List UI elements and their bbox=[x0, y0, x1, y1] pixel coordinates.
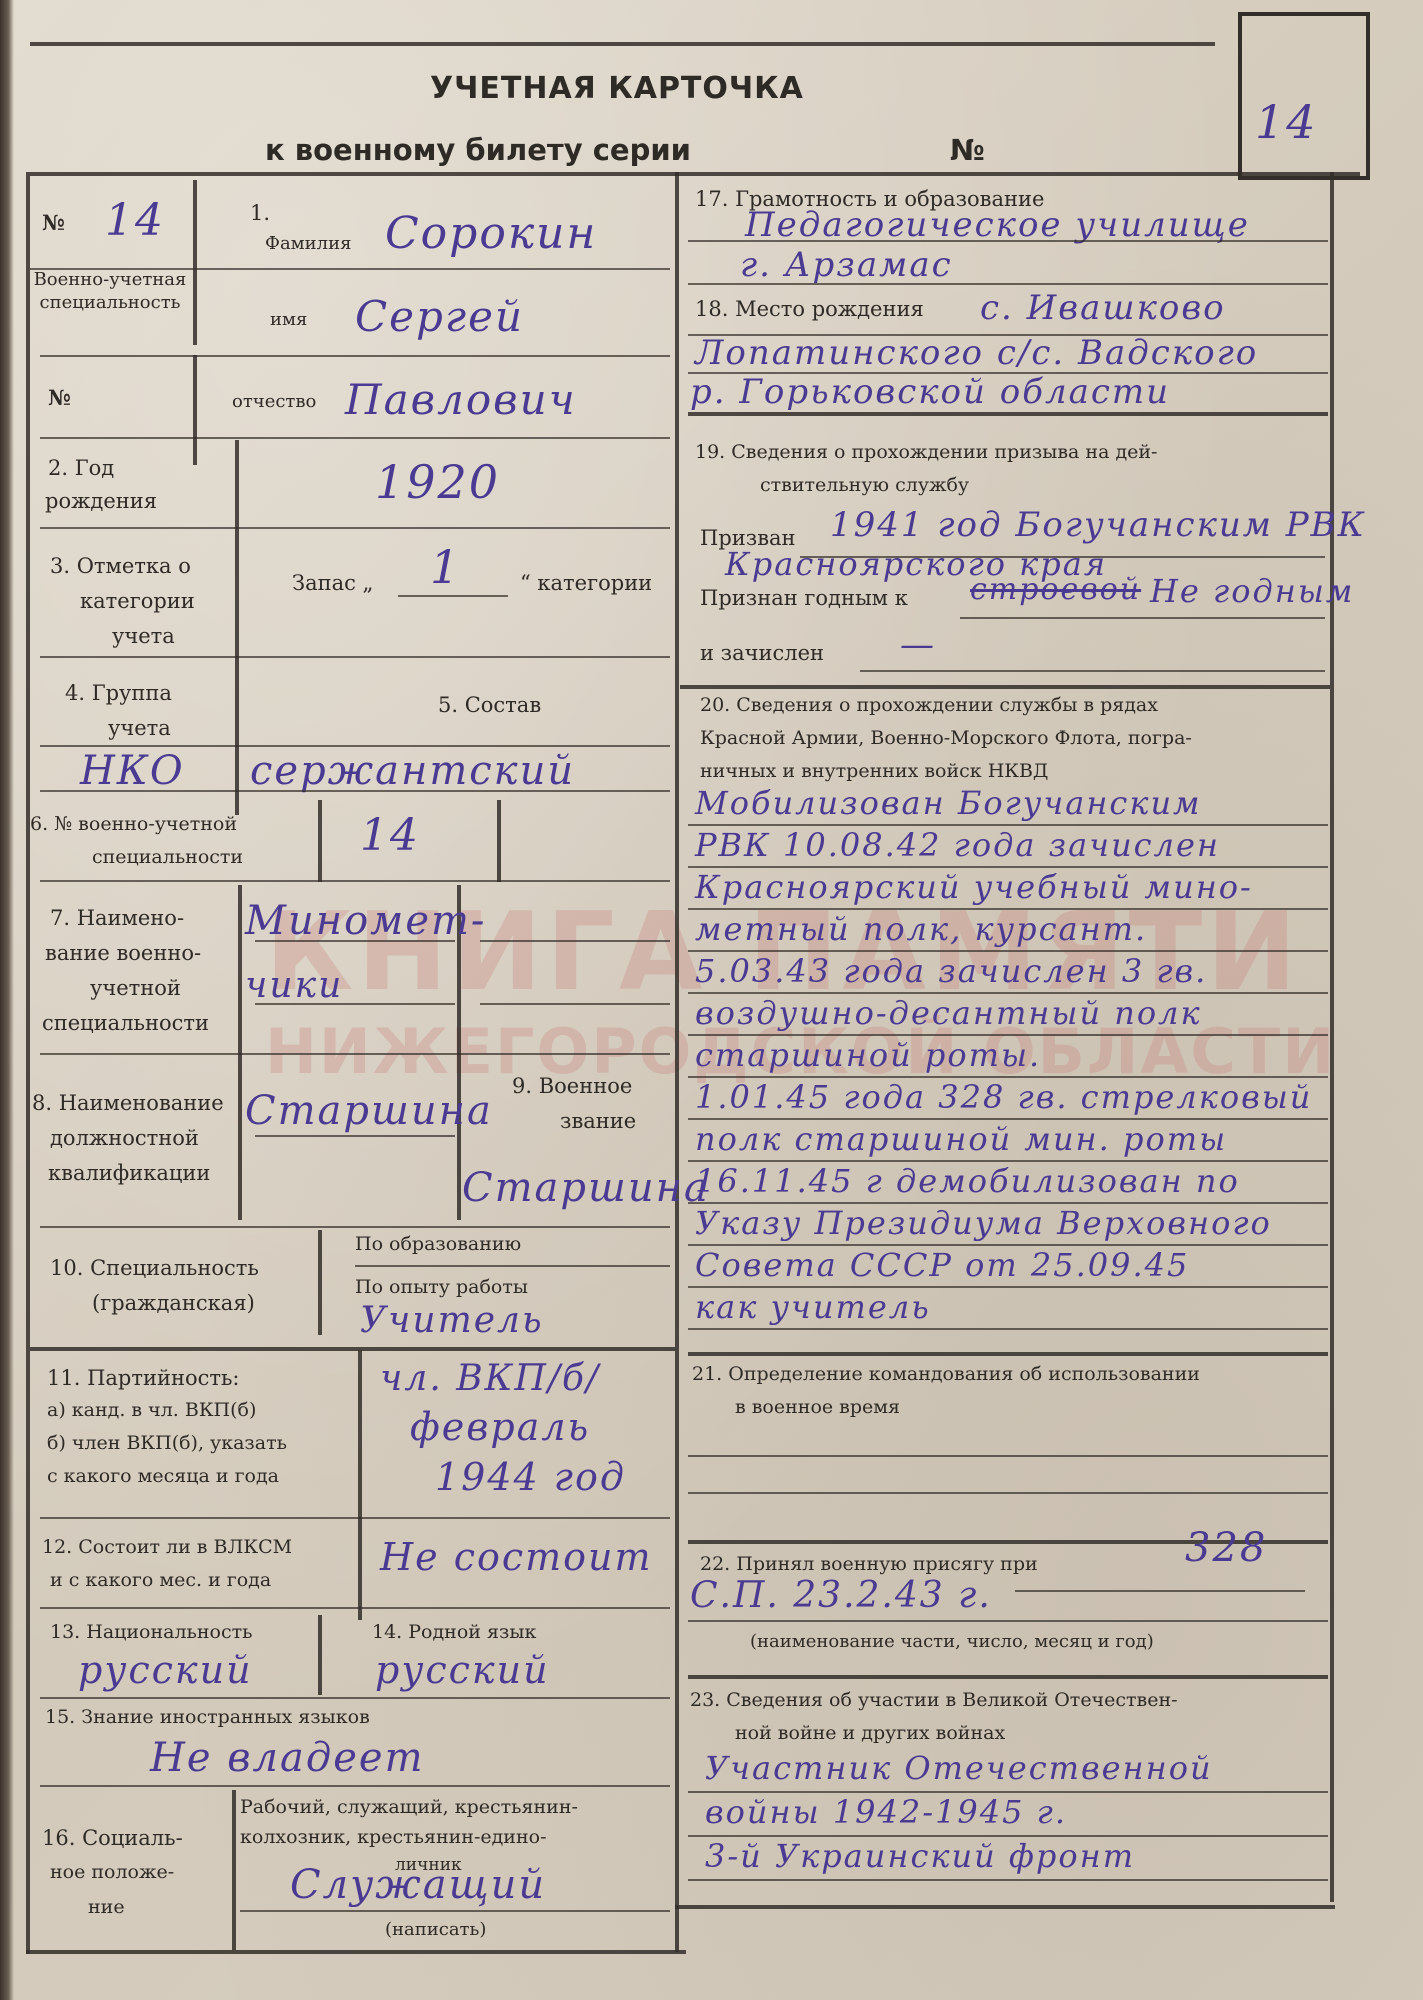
series-number-sign: № bbox=[950, 132, 985, 169]
qualification-label-3: квалификации bbox=[48, 1160, 210, 1187]
birth-year-value: 1920 bbox=[375, 455, 500, 509]
handwritten-line: Красноярский учебный мино- bbox=[695, 868, 1253, 906]
komsomol-value: Не состоит bbox=[380, 1535, 653, 1579]
native-language-label: 14. Родной язык bbox=[372, 1620, 536, 1644]
group-value: НКО bbox=[80, 748, 185, 794]
social-status-value: Служащий bbox=[290, 1862, 546, 1908]
handwritten-line: 16.11.45 г демобилизован по bbox=[695, 1162, 1240, 1200]
vus-number-label-1: 6. № военно-учетной bbox=[30, 812, 237, 836]
party-label-1: 11. Партийность: bbox=[47, 1365, 240, 1392]
vus-name-label-3: учетной bbox=[90, 975, 181, 1002]
social-status-hint: (написать) bbox=[385, 1918, 486, 1941]
nationality-value: русский bbox=[78, 1648, 253, 1692]
vus-name-label-1: 7. Наимено- bbox=[50, 905, 184, 932]
birthplace-value-3: р. Горьковской области bbox=[690, 372, 1170, 412]
handwritten-line: как учитель bbox=[695, 1288, 931, 1326]
service-label-2: Красной Армии, Военно-Морского Флота, по… bbox=[700, 726, 1192, 750]
surname-value: Сорокин bbox=[385, 208, 597, 259]
category-label-2: категории bbox=[80, 588, 195, 615]
composition-label: 5. Состав bbox=[438, 692, 541, 719]
handwritten-line: Совета СССР от 25.09.45 bbox=[695, 1246, 1189, 1284]
oath-label: 22. Принял военную присягу при bbox=[700, 1552, 1038, 1576]
vus-name-label-4: специальности bbox=[42, 1010, 209, 1037]
foreign-languages-value: Не владеет bbox=[150, 1735, 425, 1781]
conscription-label-1: 19. Сведения о прохождении призыва на де… bbox=[695, 440, 1157, 464]
name-value: Сергей bbox=[355, 292, 524, 341]
card-subtitle: к военному билету серии bbox=[265, 132, 691, 169]
social-status-label-3: ние bbox=[88, 1895, 125, 1919]
birthplace-label: 18. Место рождения bbox=[695, 296, 924, 323]
reserve-label: Запас „ bbox=[292, 570, 373, 597]
vus-name-value-1: Миномет- bbox=[245, 898, 486, 944]
party-value-3: 1944 год bbox=[435, 1455, 626, 1499]
rank-value: Старшина bbox=[462, 1165, 710, 1211]
handwritten-line: 3-й Украинский фронт bbox=[705, 1837, 1135, 1875]
enrolled-label: и зачислен bbox=[700, 640, 824, 667]
komsomol-label-2: и с какого мес. и года bbox=[50, 1568, 271, 1592]
handwritten-line: Участник Отечественной bbox=[705, 1749, 1213, 1787]
field1-number: 1. bbox=[250, 200, 270, 227]
ruled-line bbox=[688, 1328, 1328, 1330]
vus-number-value: 14 bbox=[360, 810, 420, 861]
group-label-1: 4. Группа bbox=[65, 680, 172, 707]
reserve-category-value: 1 bbox=[430, 540, 461, 594]
name-label: имя bbox=[270, 308, 307, 331]
command-decision-label-1: 21. Определение командования об использо… bbox=[692, 1362, 1200, 1386]
service-label-1: 20. Сведения о прохождении службы в ряда… bbox=[700, 693, 1158, 717]
war-participation-label-2: ной войне и других войнах bbox=[735, 1721, 1005, 1745]
ruled-line bbox=[688, 1879, 1328, 1881]
education-value-2: г. Арзамас bbox=[740, 245, 953, 285]
enrolled-value: — bbox=[900, 625, 936, 665]
handwritten-line: старшиной роты. bbox=[695, 1036, 1041, 1074]
vus-name-value-2: чики bbox=[245, 965, 343, 1006]
handwritten-line: РВК 10.08.42 года зачислен bbox=[695, 826, 1220, 864]
by-work-label: По опыту работы bbox=[355, 1275, 528, 1299]
handwritten-line: войны 1942-1945 г. bbox=[705, 1793, 1067, 1831]
qualification-value: Старшина bbox=[245, 1088, 493, 1134]
social-status-options-2: колхозник, крестьянин-едино- bbox=[240, 1825, 547, 1849]
by-education-label: По образованию bbox=[355, 1232, 521, 1256]
handwritten-line: Указу Президиума Верховного bbox=[695, 1204, 1272, 1242]
social-status-label-1: 16. Социаль- bbox=[42, 1825, 183, 1852]
conscription-label-2: ствительную службу bbox=[760, 473, 969, 497]
party-label-3: б) член ВКП(б), указать bbox=[47, 1431, 287, 1455]
rank-label-1: 9. Военное bbox=[512, 1073, 632, 1100]
birthplace-value-1: с. Ивашково bbox=[980, 288, 1226, 328]
vus-number-label-2: специальности bbox=[92, 845, 243, 869]
card-edge-shadow bbox=[0, 0, 14, 2000]
oath-hint: (наименование части, число, месяц и год) bbox=[750, 1630, 1154, 1653]
handwritten-line: воздушно-десантный полк bbox=[695, 994, 1202, 1032]
corner-number-value: 14 bbox=[1255, 95, 1318, 149]
foreign-languages-label: 15. Знание иностранных языков bbox=[45, 1705, 370, 1729]
handwritten-line: полк старшиной мин. роты bbox=[695, 1120, 1227, 1158]
composition-value: сержантский bbox=[250, 748, 575, 794]
group-label-2: учета bbox=[108, 715, 171, 742]
category-suffix: “ категории bbox=[520, 570, 652, 597]
vus-name-label-2: вание военно- bbox=[45, 940, 201, 967]
found-fit-label: Признан годным к bbox=[700, 585, 908, 612]
civil-specialty-label-1: 10. Специальность bbox=[50, 1255, 259, 1282]
nationality-label: 13. Национальность bbox=[50, 1620, 252, 1644]
education-value-1: Педагогическое училище bbox=[745, 205, 1250, 245]
found-fit-value: Не годным bbox=[1150, 572, 1354, 610]
birth-year-label-2: рождения bbox=[45, 488, 157, 515]
no-value: 14 bbox=[105, 195, 165, 246]
birth-year-label-1: 2. Год bbox=[48, 455, 114, 482]
social-status-label-2: ное положе- bbox=[50, 1860, 174, 1884]
oath-date-value: С.П. 23.2.43 г. bbox=[690, 1575, 992, 1616]
handwritten-line: Мобилизован Богучанским bbox=[695, 784, 1202, 822]
komsomol-label-1: 12. Состоит ли в ВЛКСМ bbox=[42, 1535, 292, 1559]
vus-number-label: № bbox=[48, 385, 71, 412]
civil-specialty-value: Учитель bbox=[360, 1300, 544, 1341]
social-status-options-1: Рабочий, служащий, крестьянин- bbox=[240, 1795, 578, 1819]
rank-label-2: звание bbox=[560, 1108, 636, 1135]
called-up-value-1: 1941 год Богучанским РВК bbox=[830, 505, 1366, 545]
birthplace-value-2: Лопатинского с/с. Вадского bbox=[695, 333, 1258, 373]
command-decision-label-2: в военное время bbox=[735, 1395, 900, 1419]
vus-label: Военно-учетная специальность bbox=[30, 268, 190, 314]
party-label-4: с какого месяца и года bbox=[47, 1464, 279, 1488]
found-fit-struck: строевой bbox=[970, 572, 1141, 607]
qualification-label-1: 8. Наименование bbox=[32, 1090, 224, 1117]
war-participation-label-1: 23. Сведения об участии в Великой Отечес… bbox=[690, 1688, 1178, 1712]
handwritten-line: 5.03.43 года зачислен 3 гв. bbox=[695, 952, 1207, 990]
civil-specialty-label-2: (гражданская) bbox=[92, 1290, 255, 1317]
surname-label: Фамилия bbox=[265, 232, 351, 255]
patronymic-label: отчество bbox=[232, 390, 316, 413]
party-value-2: февраль bbox=[410, 1405, 590, 1449]
category-label-3: учета bbox=[112, 623, 175, 650]
oath-unit-value: 328 bbox=[1185, 1525, 1267, 1571]
handwritten-line: метный полк, курсант. bbox=[695, 910, 1147, 948]
patronymic-value: Павлович bbox=[345, 375, 577, 424]
service-label-3: ничных и внутренних войск НКВД bbox=[700, 759, 1048, 783]
handwritten-line: 1.01.45 года 328 гв. стрелковый bbox=[695, 1078, 1312, 1116]
card-title: УЧЕТНАЯ КАРТОЧКА bbox=[430, 70, 804, 108]
qualification-label-2: должностной bbox=[50, 1125, 199, 1152]
native-language-value: русский bbox=[375, 1648, 550, 1692]
party-label-2: а) канд. в чл. ВКП(б) bbox=[47, 1398, 256, 1422]
party-value-1: чл. ВКП/б/ bbox=[380, 1358, 600, 1399]
no-label: № bbox=[42, 210, 65, 237]
category-label-1: 3. Отметка о bbox=[50, 553, 191, 580]
